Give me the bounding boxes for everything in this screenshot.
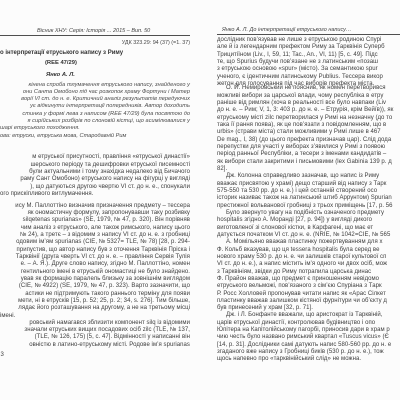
body-line: 82]. (217, 166, 227, 173)
body-line: як ономастичну формулу, запропонувавши т… (28, 210, 190, 217)
udc-code: УДК 323.29: 94 (37) (=1. 37) (122, 40, 190, 46)
author-name: Янко А. Л. (46, 72, 75, 78)
body-line: silqetenas spurianas» (SE, 1979, № 47, p… (23, 217, 190, 224)
body-line: царів етруської династії, контролював бу… (217, 320, 375, 327)
left-header-rule (0, 35, 190, 36)
body-line: така її рання поява), як це пов’язати з … (217, 122, 386, 129)
body-line: історик називає також на латинський штиб… (217, 195, 392, 202)
body-line: мети, ні в етрусків [15, p. 52; 25, p. 2… (18, 298, 190, 305)
body-line: Ф. Кольб вказував, що ця tessera hospita… (217, 247, 379, 254)
body-line: (CIE, № 4922) (SE, 1979, № 47, p. 323). … (19, 283, 190, 290)
body-line: дослідник пов’язував не лише з етруською… (217, 37, 381, 44)
body-line: № 24), а третє – з відомим з напису VI с… (20, 232, 190, 239)
article-title: о інтерпретації етруського напису з Риму (0, 50, 123, 56)
body-line: з етруською основою «spur» (місто). За с… (217, 66, 378, 73)
body-line: етруському місті zilc перетворилася у Ри… (217, 115, 392, 122)
body-line: е. – А. Я.). Друге слово напису, згідно … (21, 261, 190, 268)
body-line: овністю в латино-етруському місті. Родов… (29, 342, 190, 349)
right-running-header: Янко А. Л. До інтерпретації етруського н… (222, 27, 351, 33)
body-line: ученого, є ідентичним латинському Publiu… (217, 74, 383, 81)
body-line: Було звернуто увагу на подібність означе… (226, 210, 384, 217)
body-line: нового храму 530 р. до н. е. чи залишків… (217, 254, 386, 261)
body-line: ису М. Паллоттіно визначив призначення п… (15, 203, 190, 210)
body-line: як вибори стали закритими і письмовими (… (217, 159, 392, 166)
body-line: ), що датуються другою чвертю VI ст. до … (30, 184, 190, 191)
body-line: період ранньої Республіки, а тесери з ім… (217, 151, 386, 158)
body-line: ував як формацію паралель близьку за зов… (21, 276, 190, 283)
article-title-ref: (REE 47/29) (45, 60, 77, 66)
body-line: одовим ім’ям spurianas (CIE, № 5327= TLE… (16, 239, 190, 246)
body-line: Тарквінії (друга чверть VI ст. до н. е. … (16, 254, 190, 261)
body-line: ровський намагався зблизити компонент si… (29, 320, 190, 327)
body-line: чим аналіз з етруського, але також римсь… (21, 225, 190, 232)
body-line: (TLE, № 126, 175) [5, с. 47]. Відмінност… (35, 334, 190, 341)
body-line: значали етруських вищих посадових осіб z… (24, 327, 190, 334)
body-line: раніше від римлян (хоча в реальності все… (217, 100, 386, 107)
abstract-line: ує відкинути інтерпретації попередників.… (30, 103, 190, 110)
body-line: Ф. Прайон вважав, що предмет є приношенн… (217, 276, 379, 283)
body-line: щось напевно про «тарквінійський слід» н… (217, 356, 361, 363)
body-line: імені. (0, 313, 15, 320)
body-line: раму Сант Омобоно) етруського напису на … (20, 176, 190, 183)
body-line: астики не підтримують такого раннього те… (25, 291, 190, 298)
abstract-line: они Санта Омобоно під час розкопок храму… (23, 89, 190, 96)
body-line: шерського періоду та дешифровки етрусько… (31, 162, 190, 169)
body-line: 575-550 та 530 рр. до н. е.) і цей остан… (217, 188, 377, 195)
body-line: ого прискіпливого витлумачення. (0, 191, 93, 198)
body-line: з Тарквініям, звідки до Риму потрапила ц… (217, 269, 371, 276)
body-line: hospitalis згідно А. Моранді [27, p. 94]… (217, 217, 372, 224)
body-line: етруського вельможі, пов’язаного з сім’є… (217, 283, 382, 290)
body-line: urbis» (страви міста) стали можливими у … (217, 129, 381, 136)
abstract-line: стинка у формі лева з написом (REE 47/29… (22, 111, 190, 118)
body-line: перепустки для участі у виборах з’явилис… (217, 144, 385, 151)
abstract-line: я сирійських розбірів по слоновій кістці… (27, 118, 190, 125)
body-line: VI ст. до н. е.), а напис містить ім’я о… (217, 261, 387, 268)
body-line: Дж. Колонна справедливо зазначав, що нап… (226, 173, 379, 180)
body-line: [14, p. 31]. Дослідники самі датують нап… (217, 342, 391, 349)
body-line: Трицитіїном (Liv., I, 59, 11; Tac., An.,… (217, 52, 378, 59)
body-line: можливі вибори за царської влади, чому р… (217, 93, 383, 100)
body-line: А. Момільяно вважав пластинку пожертвува… (226, 239, 383, 246)
left-running-header: Вісник ХНУ: Серія: Історія ... 2015 – Ви… (37, 28, 150, 34)
body-line: Юпітера на Капітолійському пагорбі, прин… (217, 327, 390, 334)
body-line: Р. Росс Холловей пропонував читати напис… (217, 291, 386, 298)
body-line: De mag., I, 38) (до цього префекта призн… (217, 137, 391, 144)
body-line: О. Й. Немировський не пояснив, як номен … (226, 85, 386, 92)
body-line: датується початком VI ст. до н. е. (NRIE… (217, 232, 390, 239)
body-line: вважає присвятою у храмі) дещо старший в… (217, 181, 386, 188)
body-line: згаданого вже напису з Гробниці биків (5… (217, 349, 384, 356)
body-line: припустив, що автор напису був з оточенн… (17, 247, 190, 254)
right-header-rule (217, 34, 400, 35)
body-line: Дж. і Л. Бонфанте вважали, що аристократ… (226, 312, 383, 319)
body-line: до н. е. – Рим; V, 1, 3: 403 р. до н. е.… (217, 107, 393, 114)
body-line: те, що Spurius будучи пов’язане не з лат… (217, 59, 378, 66)
abstract-line: ворії VI ст. до н. е. Критичний аналіз р… (21, 96, 190, 103)
body-line: виготовленої зі слонової кістки, в Карфа… (217, 225, 373, 232)
body-line: лядає його розташування на другому, а не… (18, 305, 190, 312)
body-line: пластинку вважав залишком кістяної фурні… (217, 298, 387, 305)
body-line: престижної вольванової гробниці з трьох … (217, 203, 393, 210)
scanned-journal-spread: Вісник ХНУ: Серія: Історія ... 2015 – Ви… (0, 0, 400, 400)
body-line: м етруської присутності, правління «етру… (32, 154, 190, 161)
body-line: гентильного імені в етруській ономастиці… (21, 269, 190, 276)
body-line: але й із легендарним префектом Риму за Т… (217, 44, 385, 51)
keywords-line: ова: етруски, етруська мова, Стародавній… (0, 133, 126, 139)
body-line: були актуальними і тому знахідка недалек… (29, 169, 190, 176)
abstract-line: шарі етруського походження. (0, 125, 80, 132)
abstract-line: кінена спроба тлумачення етруського напи… (29, 82, 190, 89)
page-number: 3 (1, 352, 4, 358)
body-line: чию честь було названо римський квартал … (217, 334, 389, 341)
